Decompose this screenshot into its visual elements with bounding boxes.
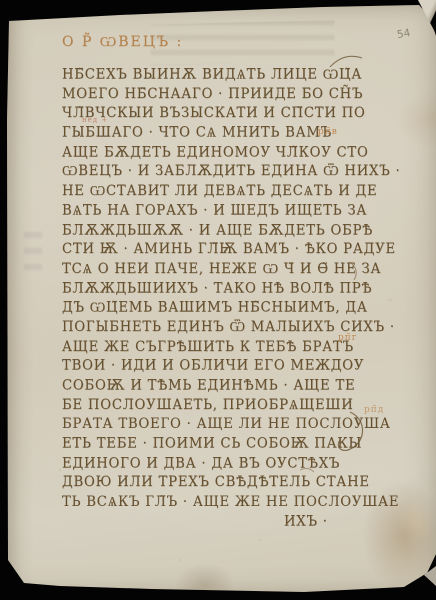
- text-line: ѠВЕЦЪ · И ЗАБЛѪДИТЬ ЕДИНА Ѿ НИХЪ ·: [62, 163, 382, 182]
- text-line: ВѦТЬ НА ГОРАХЪ · И ШЕДЪ ИЩЕТЬ ЗА: [62, 202, 382, 221]
- photo-background: О Р̃ ѠВЕЦЪ : 54 нед + НБ̃СЕХЪ ВЫИНѪ ВИДѦ…: [0, 0, 436, 600]
- text-line: ЕДИНОГО И ДВА · ДА ВЪ ОУСТѢХЪ: [62, 455, 382, 474]
- manuscript-page: О Р̃ ѠВЕЦЪ : 54 нед + НБ̃СЕХЪ ВЫИНѪ ВИДѦ…: [0, 0, 436, 600]
- text-line: ПОГЫБНЕТЬ ЕДИНЪ Ѿ МАЛЫИХЪ СИХЪ ·: [62, 319, 382, 338]
- margin-section-number: рп̃в: [318, 127, 338, 137]
- text-line: БЛѪЖДЬШѪѪ · И АЩЕ БѪДЕТЬ ОБРѢ: [62, 221, 382, 240]
- text-line: БРАТА ТВОЕГО · АЩЕ ЛИ НЕ ПОСЛОУША: [62, 416, 382, 435]
- text-line: БЕ ПОСЛОУШАЕТЬ, ПРИОБРѦЩЕШИ: [62, 396, 382, 415]
- text-line: ТВОИ · ИДИ И ОБЛИЧИ ЕГО МЕЖДОУ: [62, 358, 382, 377]
- chapter-heading: О Р̃ ѠВЕЦЪ :: [62, 34, 183, 51]
- text-line: ТЬ ВСѦКЪ ГЛ̃Ъ · АЩЕ ЖЕ НЕ ПОСЛОУШАЕ: [62, 494, 382, 513]
- text-line: АЩЕ ЖЕ СЪГРѢШИТЬ К ТЕБѢ БРАТЪ: [62, 338, 382, 357]
- text-line: СОБОѬ И ТѢМЬ ЕДИНѢМЬ · АЩЕ ТЕ: [62, 377, 382, 396]
- text-line: МОЕГО НБ̃СНААГО · ПРИИДЕ БО СН̃Ъ: [62, 85, 382, 104]
- text-line: СТИ Ѭ · АМИНЬ ГЛ̃Ѭ ВАМЪ · ѢКО РАДУЕ: [62, 241, 382, 260]
- margin-section-number: рп̃г: [338, 333, 357, 343]
- text-line: БЛѪЖДЬШИИХЪ · ТАКО НѢ ВОЛѢ ПРѢ: [62, 280, 382, 299]
- show-through-mark: [24, 232, 42, 278]
- text-line: ТСѦ О НЕИ ПАЧЕ, НЕЖЕ Ѡ Ч̃ И Ѳ̃ НЕ ЗА: [62, 260, 382, 279]
- text-line: ДВОЮ ИЛИ ТРЕХЪ СВѢДѢТЕЛЬ СТАНЕ: [62, 474, 382, 493]
- margin-section-number: рп̃д: [364, 405, 384, 415]
- text-line: ЕТЬ ТЕБЕ · ПОИМИ СЬ СОБОѬ ПАКЫ: [62, 435, 382, 454]
- text-line: ЧЛ̃ВЧСКЫИ ВЪЗЫСКАТИ И СП̃СТИ ПО: [62, 105, 382, 124]
- folio-number: 54: [396, 27, 411, 41]
- text-line: НЕ ѠСТАВИТ ЛИ ДЕВѦТЬ ДЕСѦТЬ И ДЕ: [62, 183, 382, 202]
- text-line: ДЪ ѠЦ̃ЕМЬ ВАШИМЪ НБ̃СНЫИМЪ, ДА: [62, 299, 382, 318]
- text-line: АЩЕ БѪДЕТЬ ЕДИНОМОУ ЧЛ̃КОУ СТО: [62, 144, 382, 163]
- text-line: НБ̃СЕХЪ ВЫИНѪ ВИДѦТЬ ЛИЦЕ ѠЦ̃А: [62, 66, 382, 85]
- text-line: ИХЪ ·: [62, 513, 382, 532]
